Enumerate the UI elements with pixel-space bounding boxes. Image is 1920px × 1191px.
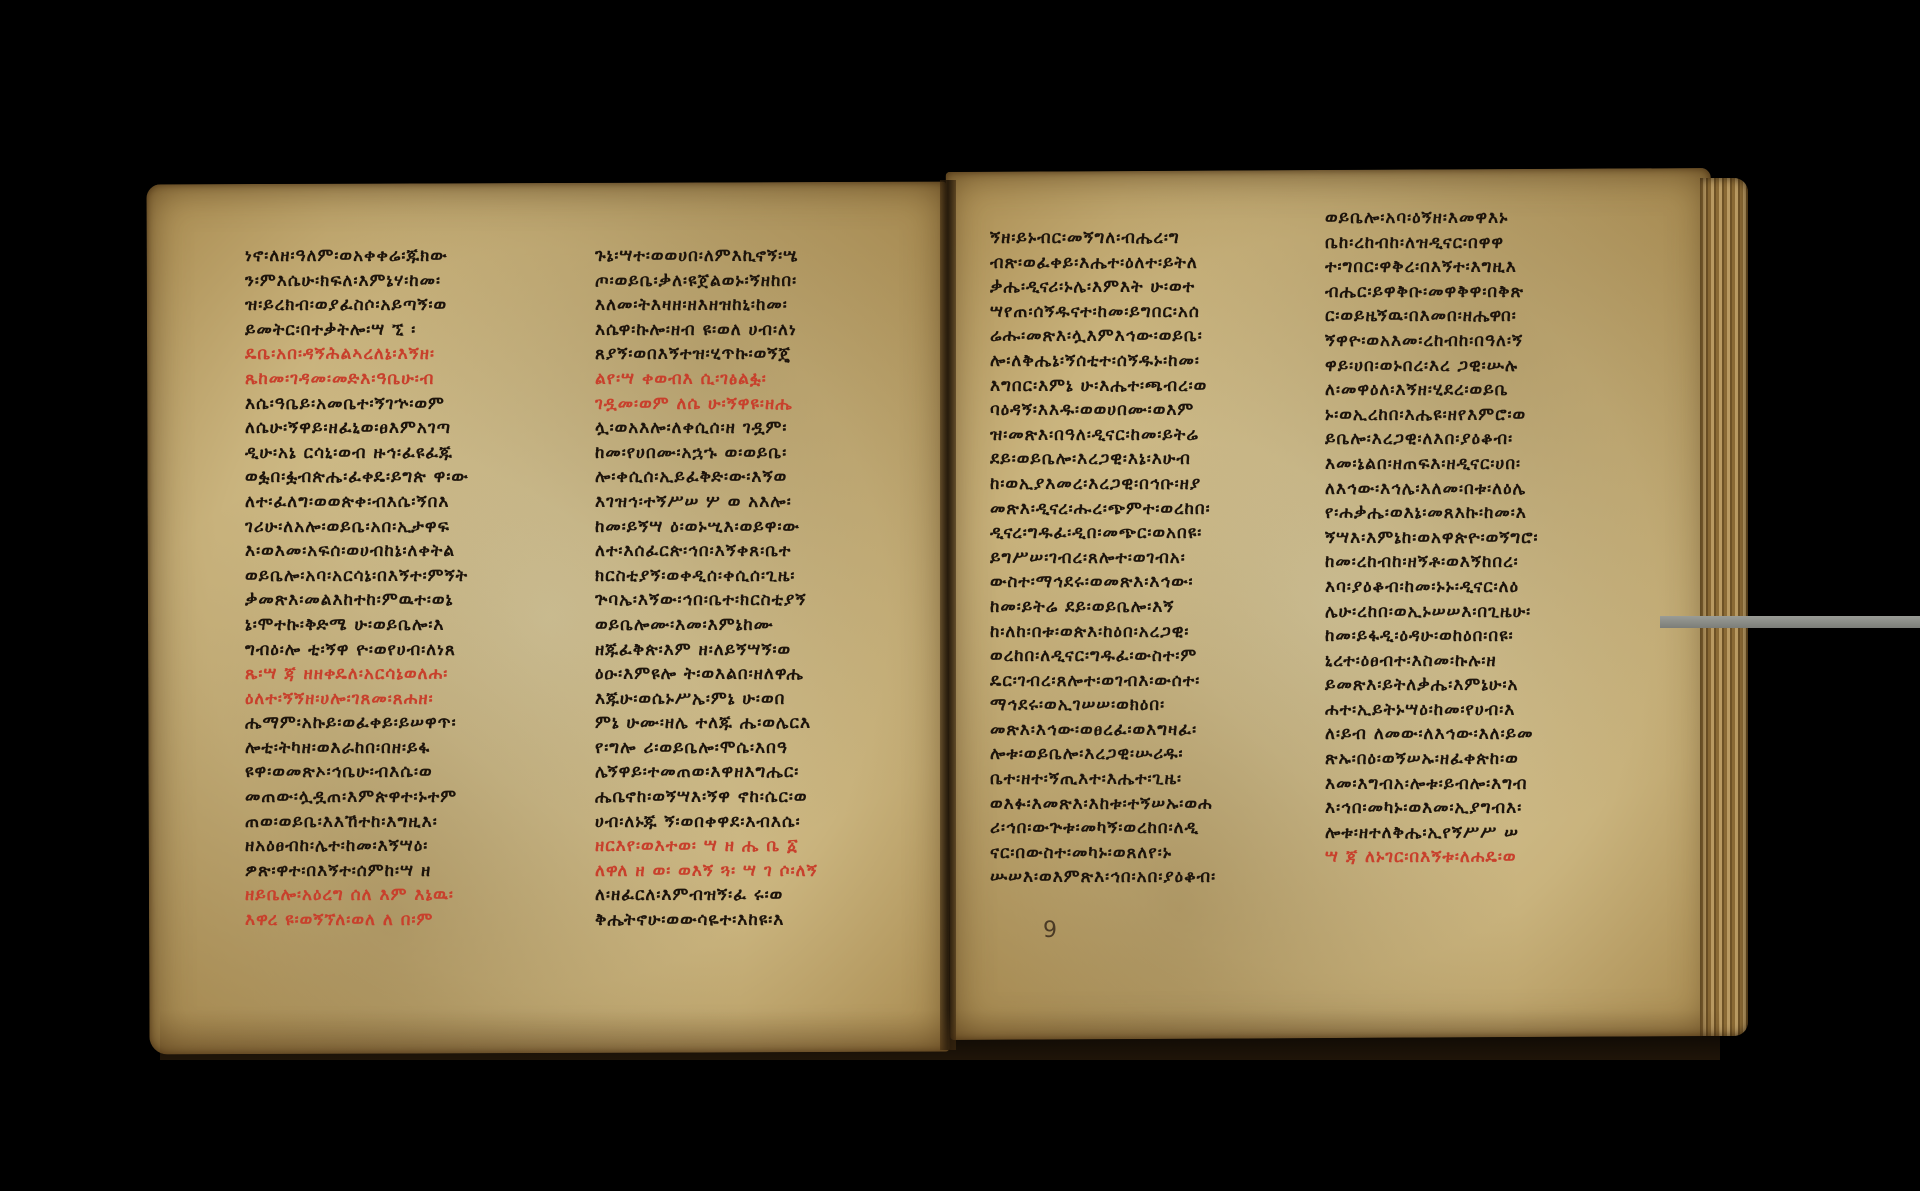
text-line: እ፡ወእመ፡አፍሰ፡ወሀብከኔ፡ለቀትል (245, 539, 565, 564)
text-line: ለተ፡እሰፈርጵ፡ኅበ፡እኝቀጸ፡ቤተ (595, 539, 900, 564)
text-line: ሌኝዋይ፡ተመጠወ፡እዋዘእግሔር፡ (595, 760, 900, 785)
text-line: ለ፡መዋዕለ፡እኝዘ፡ሂደረ፡ወይቤ (1325, 378, 1635, 403)
text-line: ወፏበ፡ፏብጵሔ፡ፈቀዴ፡ይግጵ ዋ፡ው (245, 465, 565, 490)
text-line: ዎጽ፡ዋተ፡በእኝተ፡ሰምከ፡ሣ ዘ (245, 859, 565, 884)
text-line: ናር፡በውስተ፡መካኑ፡ወጸለየ፡ኑ (990, 841, 1320, 866)
manuscript-photo: ነኖ፡ለዘ፡ዓለም፡ወአቀቀሬ፡ጁክውን፡ምእሴሁ፡ክፍለ፡እምኔሃ፡ከመ፡ዝ፡… (0, 0, 1920, 1191)
text-line: ለ፡ይብ ለመው፡ለእኅው፡እለ፡ይመ (1325, 722, 1635, 747)
text-line: እባ፡ያዕቆብ፡ከመ፡ኑኑ፡ዲናር፡ለዕ (1325, 575, 1635, 600)
text-line: ቃመጽእ፡መልእከተከ፡ምዉተ፡ወኔ (245, 588, 565, 613)
text-line: ዘአዕፀብከ፡ሌተ፡ከመ፡እኝሣዕ፡ (245, 834, 565, 859)
text-line: ለ፡ዘፈርለ፡እምብዝኝ፡ፈ ሩ፡ወ (595, 883, 900, 908)
text-line: መጠው፡ሏዷጠ፡እምጵዋተ፡ኑተም (245, 785, 565, 810)
text-line: ከመ፡ይኝሣ ዕ፡ወኑሢእ፡ወይዋ፡ው (595, 515, 900, 540)
text-line: ሬሑ፡መጽእ፡ሏእምእኅው፡ወይቤ፡ (990, 324, 1320, 349)
text-line: ይመጽእ፡ይትለቃሔ፡እምኔሁ፡አ (1325, 673, 1635, 698)
text-line: ኝዘ፡ይኑብር፡መኝግለ፡ብሔረ፡ግ (990, 226, 1320, 251)
text-line: እ፡ኅበ፡መካኑ፡ወእመ፡ኢያግብእ፡ (1325, 796, 1635, 821)
text-line: ዲናረ፡ግዱፈ፡ዲበ፡መጭር፡ወአበዩ፡ (990, 521, 1320, 546)
text-line: እሴ፡ዓቤይ፡አመቤተ፡ኝገኍ፡ወም (245, 392, 565, 417)
text-line: መጽእ፡እኅው፡ወፀረፈ፡ወእግዛፈ፡ (990, 718, 1320, 743)
text-line: ዘርእየ፡ወእተወ፡ ሣ ዘ ሔ ቤ ፩ (595, 834, 900, 859)
text-column-2: ጉኔ፡ሣተ፡ወወሀበ፡ለምእኪኖኝ፡ሤጦ፡ወይቤ፡ቃለ፡ዩጀልወኑ፡ኝዘከበ፡እ… (595, 244, 900, 933)
text-line: ገሪሁ፡ለአሎ፡ወይቤ፡አበ፡ኢታዋፍ (245, 515, 565, 540)
text-line: ር፡ወይዜኝዉ፡በእመበ፡ዘሔዋበ፡ (1325, 304, 1635, 329)
text-line: ሣየጠ፡ሰኝዱናተ፡ከመ፡ይግበር፡አሰ (990, 300, 1320, 325)
text-line: ሀብ፡ለኑጁ ኝ፡ወበቀዋደ፡እብእሴ፡ (595, 810, 900, 835)
text-line: ከመ፡የሀበሙ፡አኋኁ ወ፡ወይቤ፡ (595, 441, 900, 466)
text-line: ቅሔትኖሁ፡ወውሳዬተ፡እከዩ፡እ (595, 908, 900, 933)
text-line: ይቤሎ፡እረጋዊ፡ለእበ፡ያዕቆብ፡ (1325, 427, 1635, 452)
text-line: ልየ፡ሣ ቀወብእ ሲ፡ገፅልፏ፡ (595, 367, 900, 392)
text-line: ዝ፡መጽእ፡በዓለ፡ዲናር፡ከመ፡ይትሬ (990, 423, 1320, 448)
book-gutter (940, 180, 956, 1050)
page-number: 9 (1043, 918, 1057, 943)
text-line: እገዝኅ፡ተኝሥሠ ሦ ወ አእሎ፡ (595, 490, 900, 515)
text-line: ቤተ፡ዘተ፡ኝጢእተ፡እሔተ፡ጊዜ፡ (990, 767, 1320, 792)
text-line: ከመ፡ይፋዲ፡ዕዳሁ፡ወከዕበ፡በዩ፡ (1325, 624, 1635, 649)
text-line: ዩዋ፡ወመጽኦ፡ኅቤሁ፡ብእሴ፡ወ (245, 760, 565, 785)
text-line: ጼ፡ሣ ጃ ዘዘቀዴለ፡አርሳኔወለሐ፡ (245, 662, 565, 687)
text-line: ሎቱ፡ዘተለቅሔ፡ኢየኝሥሥ ሠ (1325, 821, 1635, 846)
page-edges (1700, 178, 1748, 1036)
text-line: ሏ፡ወአእሎ፡ለቀሲሰ፡ዘ ገዷም፡ (595, 416, 900, 441)
text-line: ከመ፡ረከብከ፡ዘኝቶ፡ወእኝከበረ፡ (1325, 550, 1635, 575)
text-line: እዋረ ዩ፡ወኝኘለ፡ወለ ለ በ፡ም (245, 908, 565, 933)
text-line: ዕለተ፡ኝኝዘ፡ሀሎ፡ገጸመ፡ጸሐዘ፡ (245, 687, 565, 712)
text-line: ሔማም፡አኩይ፡ወፈቀይ፡ይሠዋጥ፡ (245, 711, 565, 736)
text-line: ጦ፡ወይቤ፡ቃለ፡ዩጀልወኑ፡ኝዘከበ፡ (595, 269, 900, 294)
text-line: እሴዋ፡ኩሎ፡ዘብ ዩ፡ወለ ሀብ፡ለነ (595, 318, 900, 343)
text-line: ጼከመ፡ገዳመ፡መድእ፡ዓቤሁ፡ብ (245, 367, 565, 392)
text-line: ለተ፡ፈለግ፡ወወጵቀ፡ብእሴ፡ኝበእ (245, 490, 565, 515)
text-line: ባዕዳኝ፡እእዱ፡ወወሀበሙ፡ወእም (990, 398, 1320, 423)
text-column-4: ወይቤሎ፡አባ፡ዕኝዘ፡እመዋእኑቤከ፡ረከብከ፡ለዝዲናር፡በዋዋተ፡ግበር፡… (1325, 206, 1635, 870)
text-line: ኝሣእ፡እምኔከ፡ወአዋጵዮ፡ወኝግሮ፡ (1325, 526, 1635, 551)
text-line: ዴር፡ገብረ፡ጸሎተ፡ወገብእ፡ውሰተ፡ (990, 669, 1320, 694)
text-line: ሔቤኖከ፡ወኝሣእ፡ኝዋ ኖከ፡ሴር፡ወ (595, 785, 900, 810)
text-line: ነኖ፡ለዘ፡ዓለም፡ወአቀቀሬ፡ጁክው (245, 244, 565, 269)
text-line: ለሴሁ፡ኝዋይ፡ዘፈኒወ፡ፀእምአገጣ (245, 416, 565, 441)
text-line: ወይቤሎ፡አባ፡ዕኝዘ፡እመዋእኑ (1325, 206, 1635, 231)
text-line: ሎ፡ቀሲሰ፡ኢይፈቅድ፡ው፡እኝወ (595, 465, 900, 490)
text-line: ዲሁ፡አኔ ርሳኒ፡ወብ ዙኅ፡ፈዩፈጁ (245, 441, 565, 466)
text-line: ይግሥሠ፡ገብረ፡ጸሎተ፡ወገብአ፡ (990, 546, 1320, 571)
text-line: ን፡ምእሴሁ፡ክፍለ፡እምኔሃ፡ከመ፡ (245, 269, 565, 294)
text-line: ሎቱ፡ወይቤሎ፡እረጋዊ፡ሡሪዱ፡ (990, 742, 1320, 767)
text-line: ወይቤሎሙ፡እመ፡እምኔከሙ (595, 613, 900, 638)
text-line: ቃሔ፡ዲናሪ፡ኑሌ፡እምእት ሁ፡ወተ (990, 275, 1320, 300)
text-line: ጠወ፡ወይቤ፡እእኸተከ፡እግዚእ፡ (245, 810, 565, 835)
text-line: ዴቤ፡አበ፡ዳኝሕልኣረለኔ፡እኝዘ፡ (245, 342, 565, 367)
text-line: ከ፡ለከ፡በቱ፡ወጵእ፡ከዕበ፡አረጋዊ፡ (990, 620, 1320, 645)
text-line: ዋይ፡ሀበ፡ወኑበረ፡እረ ጋዊ፡ሡሉ (1325, 354, 1635, 379)
text-line: ወይቤሎ፡አባ፡አርሳኔ፡በእኝተ፡ምኝት (245, 564, 565, 589)
text-line: ዕዑ፡እምዩሎ ት፡ወእልበ፡ዘለዋሔ (595, 662, 900, 687)
text-line: እግበር፡እምኔ ሁ፡እሔተ፡ጫብረ፡ወ (990, 374, 1320, 399)
text-line: ኒረተ፡ዕፀብተ፡እስመ፡ኩሉ፡ዘ (1325, 649, 1635, 674)
text-line: እለመ፡ትእዛዘ፡ዘእዘዝከኒ፡ከመ፡ (595, 293, 900, 318)
text-column-1: ነኖ፡ለዘ፡ዓለም፡ወአቀቀሬ፡ጁክውን፡ምእሴሁ፡ክፍለ፡እምኔሃ፡ከመ፡ዝ፡… (245, 244, 565, 933)
text-line: ጸያኝ፡ወበእኝተዝ፡ሂጥኩ፡ወኝጄ (595, 342, 900, 367)
text-line: ጽኡ፡በዕ፡ወኝሠኡ፡ዘፈቀጵከ፡ወ (1325, 747, 1635, 772)
text-line: የ፡ሐቃሔ፡ወእኔ፡መጸእኩ፡ከመ፡እ (1325, 501, 1635, 526)
text-line: ጉኔ፡ሣተ፡ወወሀበ፡ለምእኪኖኝ፡ሤ (595, 244, 900, 269)
text-line: እመ፡ኔልበ፡ዘጠፍእ፡ዘዲናር፡ሀበ፡ (1325, 452, 1635, 477)
text-line: ግብዕ፡ሎ ቲ፡ኝዋ ዮ፡ወየሀብ፡ለነጸ (245, 638, 565, 663)
text-line: ሪ፡ኅበ፡ውጕቱ፡መካኝ፡ወረከበ፡ለዲ (990, 816, 1320, 841)
text-line: እመ፡እግብአ፡ሎቱ፡ይብሎ፡እግብ (1325, 772, 1635, 797)
text-line: ከ፡ወኢያእመረ፡እረጋዊ፡በኅቡ፡ዘያ (990, 472, 1320, 497)
text-line: ውስተ፡ማኅደሩ፡ወመጽእ፡እኅው፡ (990, 570, 1320, 595)
text-line: ሡሠእ፡ወእምጽእ፡ኅበ፡አበ፡ያዕቆብ፡ (990, 865, 1320, 890)
text-line: የ፡ግሎ ሪ፡ወይቤሎ፡ሞሴ፡እበዓ (595, 736, 900, 761)
text-line: ደይ፡ወይቤሎ፡እረጋዊ፡እኔ፡እሁብ (990, 447, 1320, 472)
text-line: ሣ ጃ ለኑገር፡በእኝቱ፡ለሐዴ፡ወ (1325, 845, 1635, 870)
text-line: ለእኅው፡እኅሌ፡እለመ፡በቱ፡ለዕሌ (1325, 477, 1635, 502)
text-line: ማኅደሩ፡ወኢገሠሠ፡ወክዕበ፡ (990, 693, 1320, 718)
text-line: ኑ፡ወኢረከበ፡እሔዩ፡ዘየእምሮ፡ወ (1325, 403, 1635, 428)
text-line: ብጽ፡ወፈቀይ፡እሔተ፡ዕለተ፡ይትለ (990, 251, 1320, 276)
bottom-stain (160, 1010, 1720, 1060)
text-line: ሐተ፡ኢይትኑሣዕ፡ከመ፡የሀብ፡እ (1325, 698, 1635, 723)
text-line: ለዋለ ዘ ወ፡ ወእኝ ጓ፡ ሣ ገ ሶ፡ለኝ (595, 859, 900, 884)
text-line: ገዷመ፡ወም ለሴ ሁ፡ኝዋዩ፡ዘሔ (595, 392, 900, 417)
text-line: ዘይቤሎ፡አዕረግ ሰለ እም እኔዉ፡ (245, 883, 565, 908)
text-line: ሎ፡ለቅሔኔ፡ኝሰቲተ፡ሰኝዱኑ፡ከመ፡ (990, 349, 1320, 374)
bookmark-strip (1660, 616, 1920, 628)
text-line: ዝ፡ይረክብ፡ወያፈስሶ፡አይጣኝ፡ወ (245, 293, 565, 318)
text-column-3: ኝዘ፡ይኑብር፡መኝግለ፡ብሔረ፡ግብጽ፡ወፈቀይ፡እሔተ፡ዕለተ፡ይትለቃሔ፡… (990, 226, 1320, 890)
text-line: ተ፡ግበር፡ዋቅረ፡በእኝተ፡እግዚእ (1325, 255, 1635, 280)
text-line: ጕባኤ፡እኝው፡ኅበ፡ቤተ፡ክርስቲያኝ (595, 588, 900, 613)
text-line: ብሔር፡ይዋቅቡ፡መዋቅዋ፡በቅጽ (1325, 280, 1635, 305)
text-line: ዘጁፈቅጵ፡እም ዘ፡ለይኝሣኝ፡ወ (595, 638, 900, 663)
text-line: ከመ፡ይትሬ ደይ፡ወይቤሎ፡እኝ (990, 595, 1320, 620)
text-line: ክርስቲያኝ፡ወቀዲሰ፡ቀሲሰ፡ጊዜ፡ (595, 564, 900, 589)
text-line: ምኔ ሁሙ፡ዘሌ ተለጁ ሔ፡ወሌርእ (595, 711, 900, 736)
text-line: ወእፉ፡እመጽእ፡እከቱ፡ተኝሠኡ፡ወሐ (990, 792, 1320, 817)
text-line: ይመትር፡በተቃትሎ፡ሣ ኚ ፡ (245, 318, 565, 343)
text-line: መጽእ፡ዲናረ፡ሑረ፡ጭምተ፡ወረከበ፡ (990, 497, 1320, 522)
text-line: ቤከ፡ረከብከ፡ለዝዲናር፡በዋዋ (1325, 231, 1635, 256)
text-line: ሌሁ፡ረከበ፡ወኢኑሠሠእ፡በጊዜሁ፡ (1325, 600, 1635, 625)
text-line: እጁሁ፡ወሴኑሥኤ፡ምኔ ሁ፡ወበ (595, 687, 900, 712)
text-line: ወረከበ፡ለዲናር፡ግዱፈ፡ውስተ፡ም (990, 644, 1320, 669)
text-line: ኔ፡ሞተኩ፡ቅድሜ ሁ፡ወይቤሎ፡እ (245, 613, 565, 638)
text-line: ሎቲ፡ትካዘ፡ወእራከበ፡በዘ፡ይፋ (245, 736, 565, 761)
text-line: ኝዋዮ፡ወአእመ፡ረከብከ፡በዓለ፡ኝ (1325, 329, 1635, 354)
